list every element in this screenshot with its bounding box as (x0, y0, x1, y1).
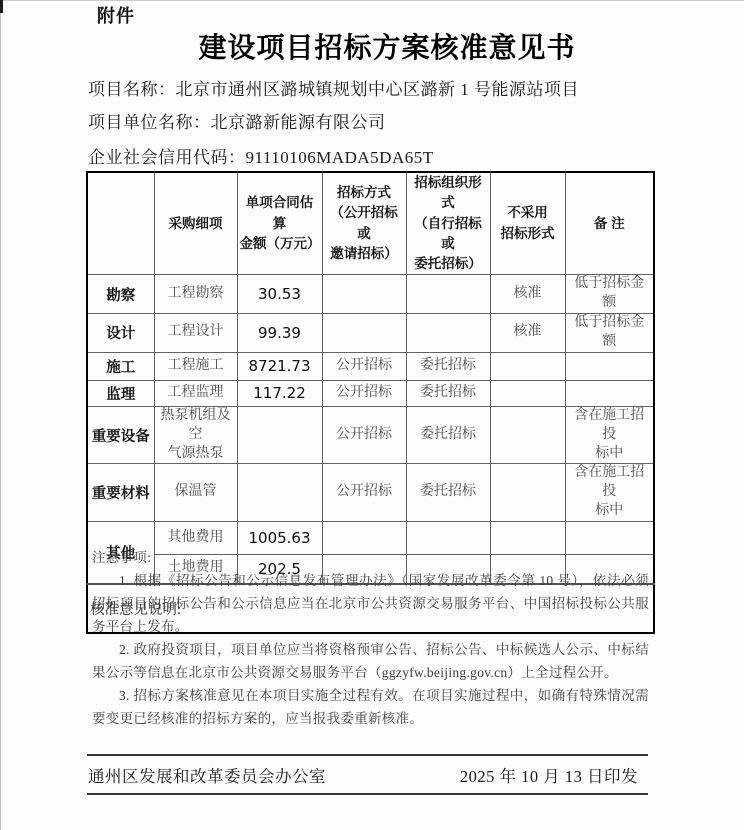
table-row-key-equipment: 重要设备 热泵机组及空 气源热泵 公开招标 委托招标 含在施工招投 标中 (87, 406, 654, 464)
cell-non-bidding (490, 406, 565, 464)
footer-print-date: 2025 年 10 月 13 日印发 (460, 763, 638, 787)
table-row-construction: 施工 工程施工 8721.73 公开招标 委托招标 (87, 352, 654, 380)
credit-code-value: 91110106MADA5DA65T (246, 148, 434, 167)
notes-section: 注意事项: 1. 根据《招标公告和公示信息发布管理办法》（国家发展改革委令第 1… (92, 546, 649, 730)
project-unit-line: 项目单位名称：北京潞新能源有限公司 (88, 108, 386, 133)
cell-method: 公开招标 (322, 380, 406, 406)
cell-remark: 含在施工招投 标中 (565, 464, 654, 522)
cell-non-bidding (490, 352, 565, 380)
table-header-row: 采购细项 单项合同估算 金额（万元） 招标方式 （公开招标或 邀请招标） 招标组… (87, 172, 654, 275)
page-title: 建设项目招标方案核准意见书 (0, 26, 744, 66)
project-name-value: 北京市通州区潞城镇规划中心区潞新 1 号能源站项目 (176, 80, 580, 99)
credit-code-label: 企业社会信用代码： (88, 148, 246, 167)
cell-amount: 117.22 (237, 380, 322, 406)
cell-organization: 委托招标 (406, 352, 490, 380)
table-row-survey: 勘察 工程勘察 30.53 核准 低于招标金额 (87, 275, 654, 314)
cell-remark (565, 352, 654, 380)
footer-bar: 通州区发展和改革委员会办公室 2025 年 10 月 13 日印发 (87, 754, 648, 795)
cell-category: 重要材料 (87, 464, 154, 522)
attachment-label: 附件 (97, 2, 135, 28)
header-remark: 备 注 (565, 172, 654, 275)
cell-category: 勘察 (87, 275, 154, 314)
scan-edge-left (0, 0, 1, 830)
project-name-label: 项目名称： (88, 80, 176, 99)
cell-amount (237, 406, 322, 464)
cell-category: 设计 (87, 314, 154, 353)
scan-corner-artifact (0, 0, 3, 13)
cell-organization: 委托招标 (406, 464, 490, 522)
header-method: 招标方式 （公开招标或 邀请招标） (322, 172, 406, 275)
cell-item: 工程勘察 (154, 275, 237, 314)
note-item-3: 3. 招标方案核准意见在本项目实施全过程有效。在项目实施过程中，如确有特殊情况需… (92, 684, 649, 730)
header-item: 采购细项 (154, 172, 237, 275)
header-non-bidding: 不采用 招标形式 (490, 172, 565, 275)
project-name-line: 项目名称：北京市通州区潞城镇规划中心区潞新 1 号能源站项目 (88, 75, 579, 100)
credit-code-line: 企业社会信用代码：91110106MADA5DA65T (88, 143, 434, 168)
header-category (87, 172, 154, 275)
footer-issuer: 通州区发展和改革委员会办公室 (88, 763, 326, 787)
cell-method (322, 275, 406, 314)
document-page: 附件 建设项目招标方案核准意见书 项目名称：北京市通州区潞城镇规划中心区潞新 1… (0, 0, 744, 830)
cell-remark: 低于招标金额 (565, 314, 654, 353)
cell-category: 监理 (87, 380, 154, 406)
cell-category: 施工 (87, 352, 154, 380)
cell-remark (565, 380, 654, 406)
note-item-2: 2. 政府投资项目，项目单位应当将资格预审公告、招标公告、中标候选人公示、中标结… (92, 638, 649, 684)
cell-method (322, 314, 406, 353)
cell-item: 工程施工 (154, 352, 237, 380)
note-item-1: 1. 根据《招标公告和公示信息发布管理办法》（国家发展改革委令第 10 号），依… (92, 569, 649, 638)
project-unit-value: 北京潞新能源有限公司 (211, 113, 386, 132)
table-row-supervision: 监理 工程监理 117.22 公开招标 委托招标 (87, 380, 654, 406)
cell-organization: 委托招标 (406, 380, 490, 406)
cell-category: 重要设备 (87, 406, 154, 464)
cell-non-bidding: 核准 (490, 275, 565, 314)
cell-method: 公开招标 (322, 406, 406, 464)
cell-remark: 含在施工招投 标中 (565, 406, 654, 464)
header-amount: 单项合同估算 金额（万元） (237, 172, 322, 275)
cell-organization (406, 275, 490, 314)
table-row-key-material: 重要材料 保温管 公开招标 委托招标 含在施工招投 标中 (87, 464, 654, 522)
cell-item: 工程监理 (154, 380, 237, 406)
cell-non-bidding (490, 464, 565, 522)
cell-amount (237, 464, 322, 522)
header-organization: 招标组织形式 （自行招标或 委托招标） (406, 172, 490, 275)
cell-item: 保温管 (154, 464, 237, 522)
cell-amount: 99.39 (237, 314, 322, 353)
cell-organization: 委托招标 (406, 406, 490, 464)
cell-organization (406, 314, 490, 353)
cell-amount: 30.53 (237, 275, 322, 314)
project-unit-label: 项目单位名称： (88, 113, 211, 132)
cell-amount: 8721.73 (237, 352, 322, 380)
cell-remark: 低于招标金额 (565, 275, 654, 314)
table-row-design: 设计 工程设计 99.39 核准 低于招标金额 (87, 314, 654, 353)
cell-non-bidding: 核准 (490, 314, 565, 353)
notes-heading: 注意事项: (92, 546, 649, 569)
cell-method: 公开招标 (322, 464, 406, 522)
cell-item: 工程设计 (154, 314, 237, 353)
scan-edge-top (0, 0, 744, 1)
cell-item: 热泵机组及空 气源热泵 (154, 406, 237, 464)
cell-method: 公开招标 (322, 352, 406, 380)
cell-non-bidding (490, 380, 565, 406)
